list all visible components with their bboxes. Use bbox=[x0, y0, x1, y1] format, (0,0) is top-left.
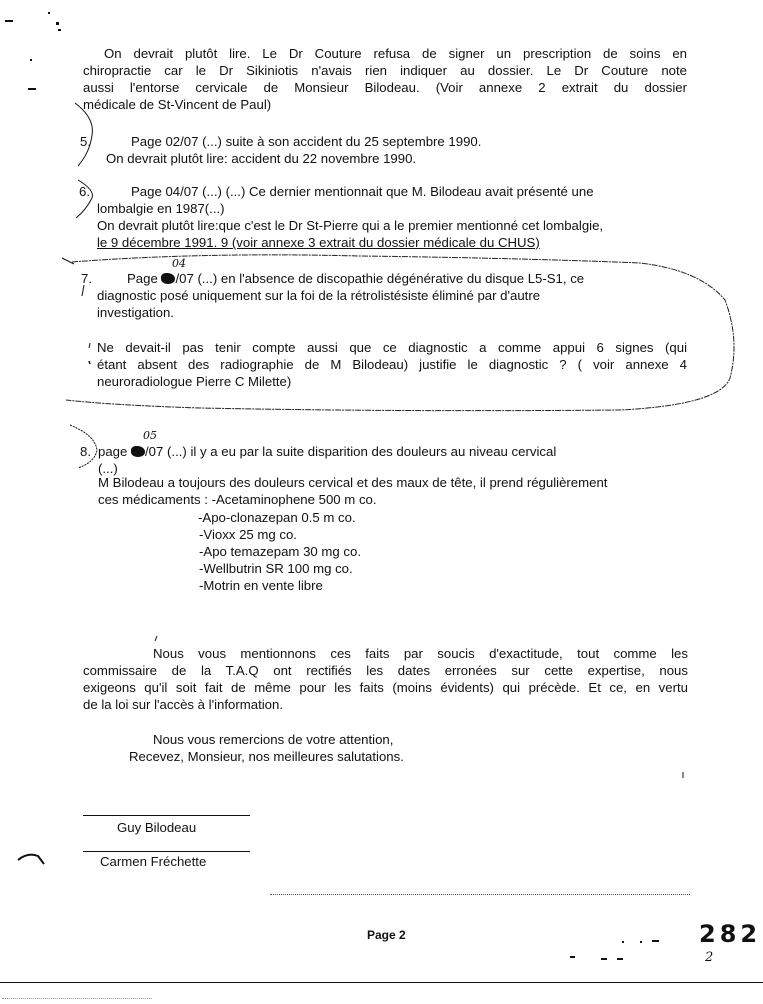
closing-line: de la loi sur l'accès à l'information. bbox=[83, 696, 283, 713]
intro-line: chiropractie car le Dr Sikiniotis n'avai… bbox=[83, 62, 687, 79]
handwritten-page-correction: 05 bbox=[143, 429, 157, 442]
closing-line: commissaire de la T.A.Q ont rectifiés le… bbox=[83, 662, 688, 679]
item-line: le 9 décembre 1991. 9 (voir annexe 3 ext… bbox=[97, 234, 540, 251]
item-line: Page 04/07 (...) (...) Ce dernier mentio… bbox=[131, 183, 594, 200]
page-suffix: /07 (...) il y a eu par la suite dispari… bbox=[145, 444, 556, 459]
document-stamp-number: 282 bbox=[699, 920, 761, 948]
item-line: ces médicaments : -Acetaminophene 500 m … bbox=[98, 491, 377, 508]
signature-name: Guy Bilodeau bbox=[117, 819, 196, 836]
medication-item: -Vioxx 25 mg co. bbox=[199, 526, 297, 543]
page-prefix: page bbox=[98, 444, 131, 459]
item-line: Page 02/07 (...) suite à son accident du… bbox=[131, 133, 481, 150]
scan-speck bbox=[30, 59, 32, 61]
closing-line: exigeons qu'il soit fait de même pour le… bbox=[83, 679, 688, 696]
intro-line: médicale de St-Vincent de Paul) bbox=[83, 96, 271, 113]
item-line: On devrait plutôt lire: accident du 22 n… bbox=[106, 150, 416, 167]
scan-speck bbox=[28, 88, 36, 90]
handwritten-page-correction: 04 bbox=[172, 257, 186, 270]
ink-blot-icon bbox=[161, 273, 175, 284]
item-line: investigation. bbox=[97, 304, 174, 321]
scan-speck bbox=[622, 941, 624, 943]
item-line: lombalgie en 1987(...) bbox=[97, 200, 225, 217]
medication-item: -Apo temazepam 30 mg co. bbox=[199, 543, 361, 560]
medication-item: -Motrin en vente libre bbox=[199, 577, 323, 594]
scan-speck bbox=[617, 958, 623, 960]
scan-footer-noise bbox=[2, 998, 152, 999]
page-suffix: /07 (...) en l'absence de discopathie dé… bbox=[175, 271, 584, 286]
thanks-line: Nous vous remercions de votre attention, bbox=[153, 731, 393, 748]
ink-blot-icon bbox=[131, 446, 145, 457]
scan-speck bbox=[5, 20, 13, 22]
item-line: M Bilodeau a toujours des douleurs cervi… bbox=[98, 474, 607, 491]
page-number-label: Page 2 bbox=[367, 928, 406, 942]
scan-speck bbox=[56, 22, 59, 25]
handwritten-mark: 2 bbox=[705, 950, 713, 965]
salutation-line: Recevez, Monsieur, nos meilleures saluta… bbox=[129, 748, 404, 765]
item-line: Page /07 (...) en l'absence de discopath… bbox=[127, 270, 584, 287]
intro-line: On devrait plutôt lire. Le Dr Couture re… bbox=[104, 45, 687, 62]
page-prefix: Page bbox=[127, 271, 161, 286]
closing-line: Nous vous mentionnons ces faits par souc… bbox=[153, 645, 688, 662]
medication-item: -Wellbutrin SR 100 mg co. bbox=[199, 560, 353, 577]
scan-speck bbox=[570, 956, 575, 958]
scan-speck bbox=[640, 941, 642, 943]
item-number: 6. bbox=[79, 183, 90, 200]
scan-speck bbox=[652, 940, 659, 942]
item-line: étant absent des radiographie de M Bilod… bbox=[97, 356, 687, 373]
medication-item: -Apo-clonazepan 0.5 m co. bbox=[198, 509, 356, 526]
dotted-rule bbox=[270, 894, 690, 895]
item-line: Ne devait-il pas tenir compte aussi que … bbox=[97, 339, 687, 356]
item-number: 8. bbox=[80, 443, 91, 460]
item-line: page /07 (...) il y a eu par la suite di… bbox=[98, 443, 556, 460]
item-number: 5. bbox=[80, 133, 91, 150]
underlined-date: le 9 décembre 1991. 9 (voir annexe 3 ext… bbox=[97, 235, 540, 250]
scan-speck bbox=[58, 29, 61, 31]
scan-speck bbox=[601, 958, 607, 960]
item-line: diagnostic posé uniquement sur la foi de… bbox=[97, 287, 540, 304]
item-number: 7. bbox=[81, 270, 92, 287]
scan-speck bbox=[48, 12, 50, 14]
item-line: On devrait plutôt lire:que c'est le Dr S… bbox=[97, 217, 603, 234]
item-line: neuroradiologue Pierre C Milette) bbox=[97, 373, 291, 390]
signature-name: Carmen Fréchette bbox=[100, 853, 206, 870]
bottom-rule bbox=[0, 982, 763, 983]
signature-line bbox=[83, 815, 250, 816]
signature-line bbox=[83, 851, 250, 852]
intro-line: aussi l'entorse cervicale de Monsieur Bi… bbox=[83, 79, 687, 96]
